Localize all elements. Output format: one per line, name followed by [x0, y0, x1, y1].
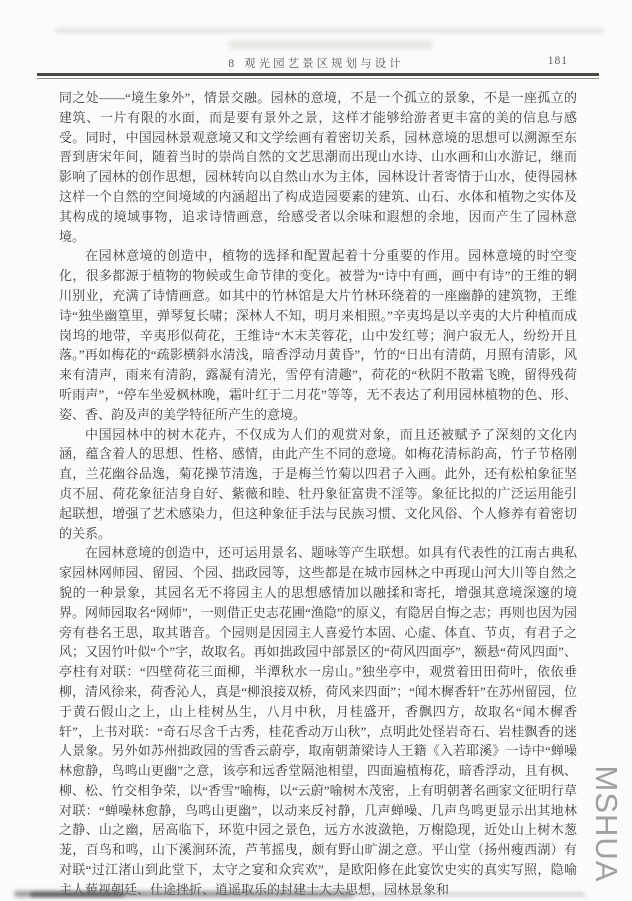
chapter-number: 8: [228, 58, 234, 70]
paragraph-1: 同之处——“境生象外”，情景交融。园林的意境，不是一个孤立的景象，不是一座孤立的…: [59, 88, 577, 246]
top-scan-artifact: [55, 29, 603, 32]
bottom-scan-artifact-light: [340, 893, 585, 896]
chapter-title: 观光园艺景区规划与设计: [244, 58, 404, 70]
header-rule-thick: [37, 73, 599, 76]
page-number: 181: [548, 55, 568, 67]
bottom-scan-artifact-dark: [30, 892, 125, 897]
scanned-book-page: 8观光园艺景区规划与设计 181 同之处——“境生象外”，情景交融。园林的意境，…: [0, 0, 632, 901]
running-header: 8观光园艺景区规划与设计: [0, 55, 632, 71]
ghost-bleed-through: [228, 40, 433, 49]
header-rule-thin: [37, 78, 599, 79]
paragraph-2: 在园林意境的创造中，植物的选择和配置起着十分重要的作用。园林意境的时空变化，很多…: [59, 246, 577, 424]
body-text: 同之处——“境生象外”，情景交融。园林的意境，不是一个孤立的景象，不是一座孤立的…: [59, 88, 577, 900]
watermark-text: MSHUA: [588, 764, 624, 884]
paragraph-4: 在园林意境的创造中，还可运用景名、题咏等产生联想。如具有代表性的江南古典私家园林…: [59, 543, 577, 899]
paragraph-3: 中国园林中的树木花卉，不仅成为人们的观赏对象，而且还被赋予了深刻的文化内涵，蕴含…: [59, 425, 577, 544]
